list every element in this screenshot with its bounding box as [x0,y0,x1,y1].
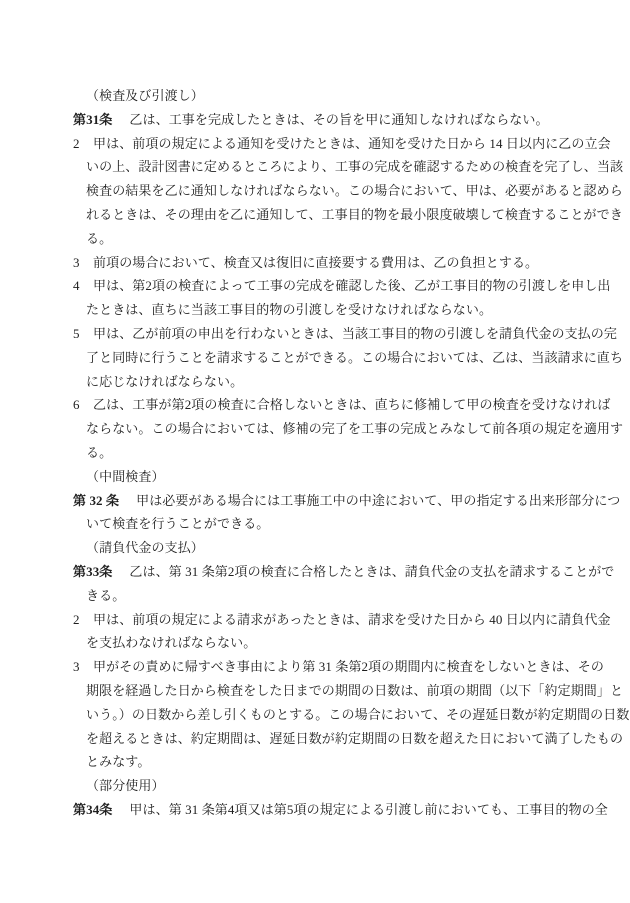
numbered-item-line: 2甲は、前項の規定による請求があったときは、請求を受けた日から 40 日以内に請… [73,608,573,632]
section-heading: （中間検査） [86,469,165,484]
numbered-item-line: 2甲は、前項の規定による通知を受けたときは、通知を受けた日から 14 日以内に乙… [73,132,573,156]
continuation-text: いう。）の日数から差し引くものとする。この場合において、その遅延日数が約定期間の… [86,707,629,722]
continuation-line: ならない。この場合においては、修補の完了を工事の完成とみなして前各項の規定を適用… [73,417,573,441]
continuation-text: 検査の結果を乙に通知しなければならない。この場合において、甲は、必要があると認め… [86,183,623,198]
article-number: 第33条 [73,564,112,579]
article-text: 甲は必要がある場合には工事施工中の中途において、甲の指定する出来形部分につ [136,493,620,508]
item-number: 4 [73,274,80,298]
item-text: 前項の場合において、検査又は復旧に直接要する費用は、乙の負担とする。 [93,255,538,270]
continuation-text: 了と同時に行うことを請求することができる。この場合においては、乙は、当該請求に直… [86,350,623,365]
continuation-text: を超えるときは、約定期間は、遅延日数が約定期間の日数を超えた日において満了したも… [86,731,623,746]
article-number: 第31条 [73,112,112,127]
continuation-line: を超えるときは、約定期間は、遅延日数が約定期間の日数を超えた日において満了したも… [73,727,573,751]
continuation-text: とみなす。 [86,754,150,769]
section-heading: （部分使用） [86,778,165,793]
item-text: 甲がその責めに帰すべき事由により第 31 条第2項の期間内に検査をしないときは、… [93,659,604,674]
continuation-line: る。 [73,227,573,251]
continuation-line: れるときは、その理由を乙に通知して、工事目的物を最小限度破壊して検査することがで… [73,203,573,227]
section-heading-line: （検査及び引渡し） [73,84,573,108]
continuation-text: いて検査を行うことができる。 [86,516,269,531]
continuation-line: いて検査を行うことができる。 [73,512,573,536]
continuation-text: る。 [86,231,112,246]
section-heading-line: （請負代金の支払） [73,536,573,560]
article-line: 第 32 条甲は必要がある場合には工事施工中の中途において、甲の指定する出来形部… [73,489,573,513]
item-number: 3 [73,655,80,679]
item-number: 3 [73,251,80,275]
section-heading: （検査及び引渡し） [86,88,204,103]
continuation-line: 期限を経過した日から検査をした日までの期間の日数は、前項の期間（以下「約定期間」… [73,679,573,703]
article-line: 第33条乙は、第 31 条第2項の検査に合格したときは、請負代金の支払を請求する… [73,560,573,584]
continuation-line: きる。 [73,584,573,608]
article-number: 第 32 条 [73,493,119,508]
numbered-item-line: 5甲は、乙が前項の申出を行わないときは、当該工事目的物の引渡しを請負代金の支払の… [73,322,573,346]
article-line: 第34条甲は、第 31 条第4項又は第5項の規定による引渡し前においても、工事目… [73,798,573,822]
item-number: 6 [73,393,80,417]
continuation-line: 検査の結果を乙に通知しなければならない。この場合において、甲は、必要があると認め… [73,179,573,203]
article-line: 第31条乙は、工事を完成したときは、その旨を甲に通知しなければならない。 [73,108,573,132]
article-text: 乙は、第 31 条第2項の検査に合格したときは、請負代金の支払を請求することがで [129,564,614,579]
continuation-line: に応じなければならない。 [73,370,573,394]
item-text: 甲は、前項の規定による請求があったときは、請求を受けた日から 40 日以内に請負… [93,612,611,627]
continuation-text: ならない。この場合においては、修補の完了を工事の完成とみなして前各項の規定を適用… [86,421,623,436]
continuation-line: 了と同時に行うことを請求することができる。この場合においては、乙は、当該請求に直… [73,346,573,370]
section-heading: （請負代金の支払） [86,540,204,555]
section-heading-line: （部分使用） [73,774,573,798]
continuation-line: とみなす。 [73,750,573,774]
document-page: （検査及び引渡し）第31条乙は、工事を完成したときは、その旨を甲に通知しなければ… [0,0,630,903]
item-number: 5 [73,322,80,346]
numbered-item-line: 6乙は、工事が第2項の検査に合格しないときは、直ちに修補して甲の検査を受けなけれ… [73,393,573,417]
continuation-line: いう。）の日数から差し引くものとする。この場合において、その遅延日数が約定期間の… [73,703,573,727]
continuation-text: を支払わなければならない。 [86,635,256,650]
continuation-line: を支払わなければならない。 [73,631,573,655]
continuation-text: きる。 [86,588,125,603]
continuation-text: 期限を経過した日から検査をした日までの期間の日数は、前項の期間（以下「約定期間」… [86,683,623,698]
continuation-text: る。 [86,445,112,460]
article-text: 乙は、工事を完成したときは、その旨を甲に通知しなければならない。 [129,112,548,127]
numbered-item-line: 3前項の場合において、検査又は復旧に直接要する費用は、乙の負担とする。 [73,251,573,275]
continuation-text: たときは、直ちに当該工事目的物の引渡しを受けなければならない。 [86,302,492,317]
continuation-text: いの上、設計図書に定めるところにより、工事の完成を確認するための検査を完了し、当… [86,159,623,174]
continuation-text: に応じなければならない。 [86,374,243,389]
item-text: 甲は、前項の規定による通知を受けたときは、通知を受けた日から 14 日以内に乙の… [93,136,611,151]
item-number: 2 [73,608,80,632]
continuation-line: る。 [73,441,573,465]
article-number: 第34条 [73,802,112,817]
item-number: 2 [73,132,80,156]
item-text: 甲は、第2項の検査によって工事の完成を確認した後、乙が工事目的物の引渡しを申し出 [93,278,611,293]
continuation-line: いの上、設計図書に定めるところにより、工事の完成を確認するための検査を完了し、当… [73,155,573,179]
continuation-line: たときは、直ちに当該工事目的物の引渡しを受けなければならない。 [73,298,573,322]
section-heading-line: （中間検査） [73,465,573,489]
item-text: 乙は、工事が第2項の検査に合格しないときは、直ちに修補して甲の検査を受けなければ [93,397,611,412]
contract-text-block: （検査及び引渡し）第31条乙は、工事を完成したときは、その旨を甲に通知しなければ… [73,84,573,822]
numbered-item-line: 4甲は、第2項の検査によって工事の完成を確認した後、乙が工事目的物の引渡しを申し… [73,274,573,298]
article-text: 甲は、第 31 条第4項又は第5項の規定による引渡し前においても、工事目的物の全 [129,802,608,817]
continuation-text: れるときは、その理由を乙に通知して、工事目的物を最小限度破壊して検査することがで… [86,207,623,222]
numbered-item-line: 3甲がその責めに帰すべき事由により第 31 条第2項の期間内に検査をしないときは… [73,655,573,679]
item-text: 甲は、乙が前項の申出を行わないときは、当該工事目的物の引渡しを請負代金の支払の完 [93,326,617,341]
